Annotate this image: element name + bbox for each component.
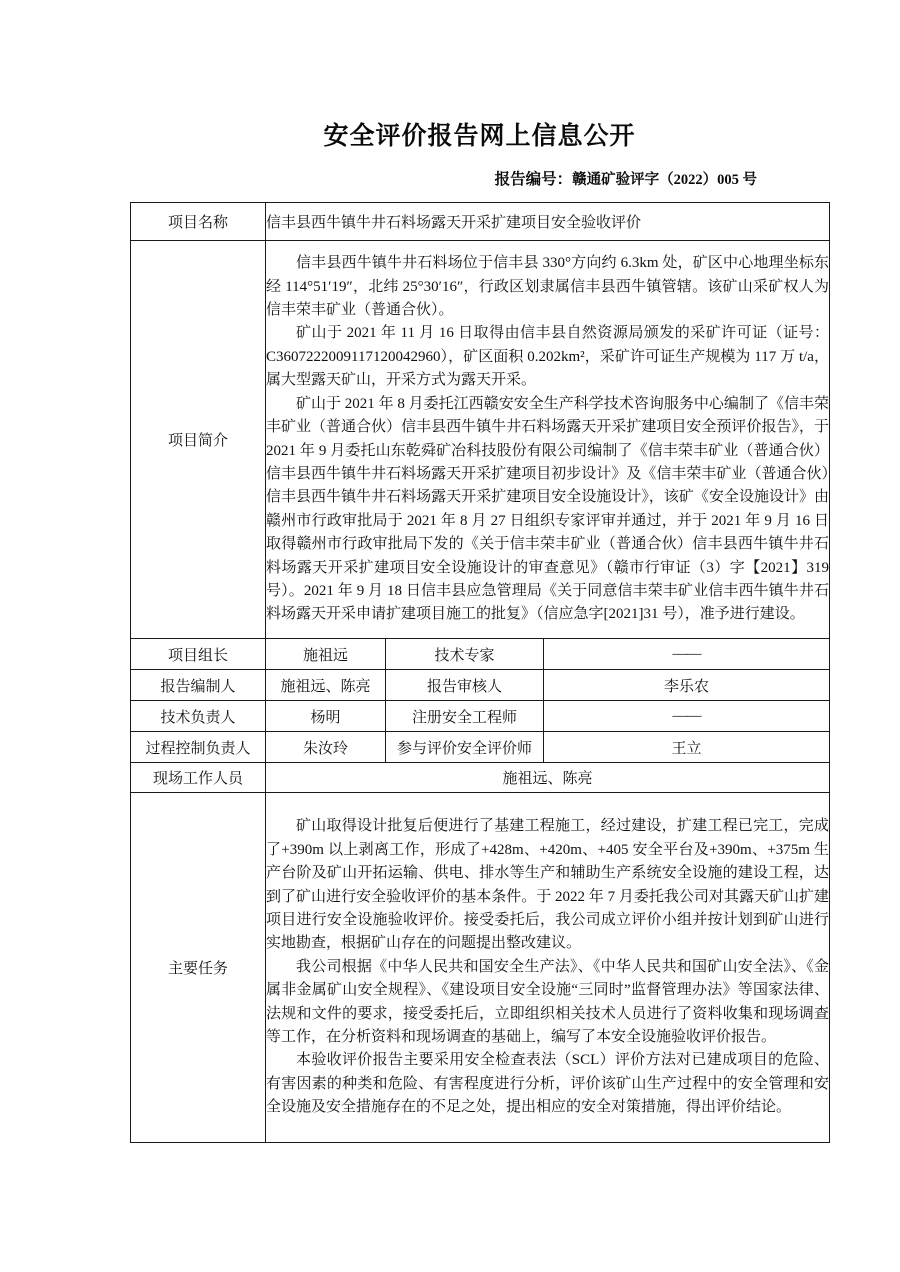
main-tasks-label: 主要任务 — [131, 793, 266, 1143]
document-title: 安全评价报告网上信息公开 — [130, 116, 829, 152]
report-reviewer-value: 李乐农 — [544, 670, 830, 701]
registered-engineer-label: 注册安全工程师 — [386, 701, 544, 732]
report-number: 报告编号：赣通矿验评字（2022）005 号 — [495, 167, 757, 189]
project-name-label: 项目名称 — [131, 203, 266, 241]
tasks-paragraph: 我公司根据《中华人民共和国安全生产法》、《中华人民共和国矿山安全法》、《金属非金… — [266, 956, 829, 1050]
process-control-value: 朱汝玲 — [266, 732, 386, 763]
registered-engineer-value: —— — [544, 701, 830, 732]
tasks-paragraph: 矿山取得设计批复后便进行了基建工程施工，经过建设，扩建工程已完工，完成了+390… — [266, 815, 829, 955]
row-tech-director: 技术负责人 杨明 注册安全工程师 —— — [131, 701, 830, 732]
project-leader-label: 项目组长 — [131, 639, 266, 670]
intro-paragraph: 矿山于 2021 年 8 月委托江西赣安安全生产科学技术咨询服务中心编制了《信丰… — [266, 393, 829, 627]
row-field-staff: 现场工作人员 施祖远、陈亮 — [131, 763, 830, 793]
report-number-line: 报告编号：赣通矿验评字（2022）005 号 — [130, 167, 829, 189]
tasks-paragraph: 本验收评价报告主要采用安全检查表法（SCL）评价方法对已建成项目的危险、有害因素… — [266, 1049, 829, 1119]
document-page: 安全评价报告网上信息公开 报告编号：赣通矿验评字（2022）005 号 项目名称… — [0, 0, 900, 1272]
tech-director-value: 杨明 — [266, 701, 386, 732]
project-intro-label: 项目简介 — [131, 241, 266, 639]
row-process-control: 过程控制负责人 朱汝玲 参与评价安全评价师 王立 — [131, 732, 830, 763]
report-compiler-value: 施祖远、陈亮 — [266, 670, 386, 701]
row-report-compiler: 报告编制人 施祖远、陈亮 报告审核人 李乐农 — [131, 670, 830, 701]
project-intro-content: 信丰县西牛镇牛井石料场位于信丰县 330°方向约 6.3km 处，矿区中心地理坐… — [266, 241, 830, 639]
info-table: 项目名称 信丰县西牛镇牛井石料场露天开采扩建项目安全验收评价 项目简介 信丰县西… — [130, 202, 830, 1143]
report-number-value: 赣通矿验评字（2022）005 号 — [572, 172, 757, 188]
intro-paragraph: 信丰县西牛镇牛井石料场位于信丰县 330°方向约 6.3km 处，矿区中心地理坐… — [266, 252, 829, 322]
project-name-value: 信丰县西牛镇牛井石料场露天开采扩建项目安全验收评价 — [266, 203, 830, 241]
main-tasks-content: 矿山取得设计批复后便进行了基建工程施工，经过建设，扩建工程已完工，完成了+390… — [266, 793, 830, 1143]
intro-paragraph: 矿山于 2021 年 11 月 16 日取得由信丰县自然资源局颁发的采矿许可证（… — [266, 322, 829, 392]
process-control-label: 过程控制负责人 — [131, 732, 266, 763]
row-project-intro: 项目简介 信丰县西牛镇牛井石料场位于信丰县 330°方向约 6.3km 处，矿区… — [131, 241, 830, 639]
field-staff-value: 施祖远、陈亮 — [266, 763, 830, 793]
report-reviewer-label: 报告审核人 — [386, 670, 544, 701]
evaluator-value: 王立 — [544, 732, 830, 763]
project-leader-value: 施祖远 — [266, 639, 386, 670]
report-number-label: 报告编号： — [495, 171, 573, 188]
row-project-leader: 项目组长 施祖远 技术专家 —— — [131, 639, 830, 670]
field-staff-label: 现场工作人员 — [131, 763, 266, 793]
row-main-tasks: 主要任务 矿山取得设计批复后便进行了基建工程施工，经过建设，扩建工程已完工，完成… — [131, 793, 830, 1143]
tech-expert-label: 技术专家 — [386, 639, 544, 670]
tech-director-label: 技术负责人 — [131, 701, 266, 732]
row-project-name: 项目名称 信丰县西牛镇牛井石料场露天开采扩建项目安全验收评价 — [131, 203, 830, 241]
evaluator-label: 参与评价安全评价师 — [386, 732, 544, 763]
tech-expert-value: —— — [544, 639, 830, 670]
report-compiler-label: 报告编制人 — [131, 670, 266, 701]
